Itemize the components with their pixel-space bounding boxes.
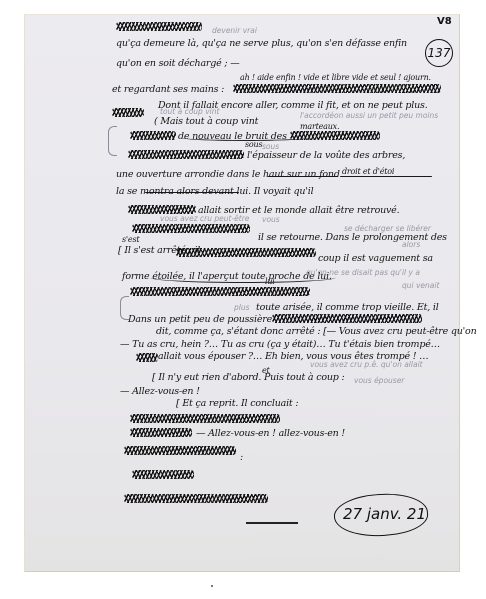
pencil-note: vous avez cru p.ê. qu'on allait [310, 360, 423, 369]
insertion-text: et [262, 365, 270, 377]
pencil-note: vous [262, 215, 280, 224]
manuscript-line: toute arisée, il comme trop vieille. Et,… [256, 302, 439, 314]
manuscript-line: ( Mais tout à coup vint [154, 116, 258, 128]
page-number-circled: 137 [425, 39, 453, 67]
crossed-out-text [130, 287, 310, 296]
manuscript-line: Dans un petit peu de poussière [128, 314, 272, 326]
crossed-out-text [132, 224, 250, 233]
insertion-text: ah ! aide enfin ! vide et libre vide et … [240, 72, 431, 84]
crossed-out-text [116, 22, 202, 31]
pencil-note: l'accordéon aussi un petit peu moins [300, 111, 438, 120]
pencil-note: devenir vrai [212, 26, 257, 35]
margin-bracket [108, 126, 117, 156]
manuscript-line: une ouverture arrondie dans le haut sur … [116, 169, 340, 181]
margin-bracket [120, 296, 129, 320]
manuscript-line: qu'ça demeure là, qu'ça ne serve plus, q… [116, 38, 407, 50]
paper-speck [211, 585, 213, 587]
manuscript-line: l'épaisseur de la voûte des arbres, [247, 150, 405, 162]
manuscript-line: [ Il s'est arrêté ; il [118, 245, 200, 257]
crossed-out-text [112, 108, 144, 117]
manuscript-line: et regardant ses mains : [112, 84, 224, 96]
crossed-out-text [272, 314, 422, 323]
crossed-out-text [130, 414, 280, 423]
manuscript-line: qu'on en soit déchargé ; — [116, 58, 240, 70]
crossed-out-text [132, 470, 194, 479]
crossed-out-text [233, 84, 441, 93]
insertion-text: s'est [122, 234, 139, 246]
date-label: 27 janv. 21 [343, 505, 426, 523]
pencil-note: se décharger se libérer [344, 224, 431, 233]
archive-mark: V8 [437, 16, 452, 27]
closing-rule [246, 522, 298, 524]
pencil-note: tout à coup vint [160, 107, 219, 116]
manuscript-line: [ Il n'y eut rien d'abord. Puis tout à c… [152, 372, 344, 384]
pencil-note: plus [234, 303, 250, 312]
insertion-text: marteaux. [300, 121, 339, 133]
pencil-note: sous [262, 142, 279, 151]
crossed-out-text [130, 131, 176, 140]
crossed-out-text [128, 150, 244, 159]
crossed-out-text [128, 205, 196, 214]
crossed-out-text [124, 494, 268, 503]
insertion-text: droit et d'étoi [342, 166, 394, 178]
manuscript-line: : [240, 452, 243, 464]
pencil-note: vous épouser [354, 376, 404, 385]
manuscript-line: [ Et ça reprit. Il concluait : [176, 398, 298, 410]
manuscript-line: la se montra alors devant lui. Il voyait… [116, 186, 313, 198]
underline-swash [180, 134, 310, 141]
manuscript-line: — Tu as cru, hein ?… Tu as cru (ça y éta… [120, 339, 440, 351]
crossed-out-text [130, 428, 192, 437]
crossed-out-text [124, 446, 236, 455]
pencil-note: qui venait [402, 281, 439, 290]
pencil-note: alors [402, 240, 420, 249]
underline-swash [150, 272, 336, 283]
manuscript-line: dit, comme ça, s'étant donc arrêté : [— … [156, 326, 477, 338]
crossed-out-text [136, 353, 158, 362]
manuscript-line: — Allez-vous-en ! allez-vous-en ! [196, 428, 345, 440]
manuscript-line: coup il est vaguement sa [318, 253, 433, 265]
manuscript-line: — Allez-vous-en ! [120, 386, 200, 398]
pencil-note: vous avez cru peut-être [160, 214, 249, 223]
